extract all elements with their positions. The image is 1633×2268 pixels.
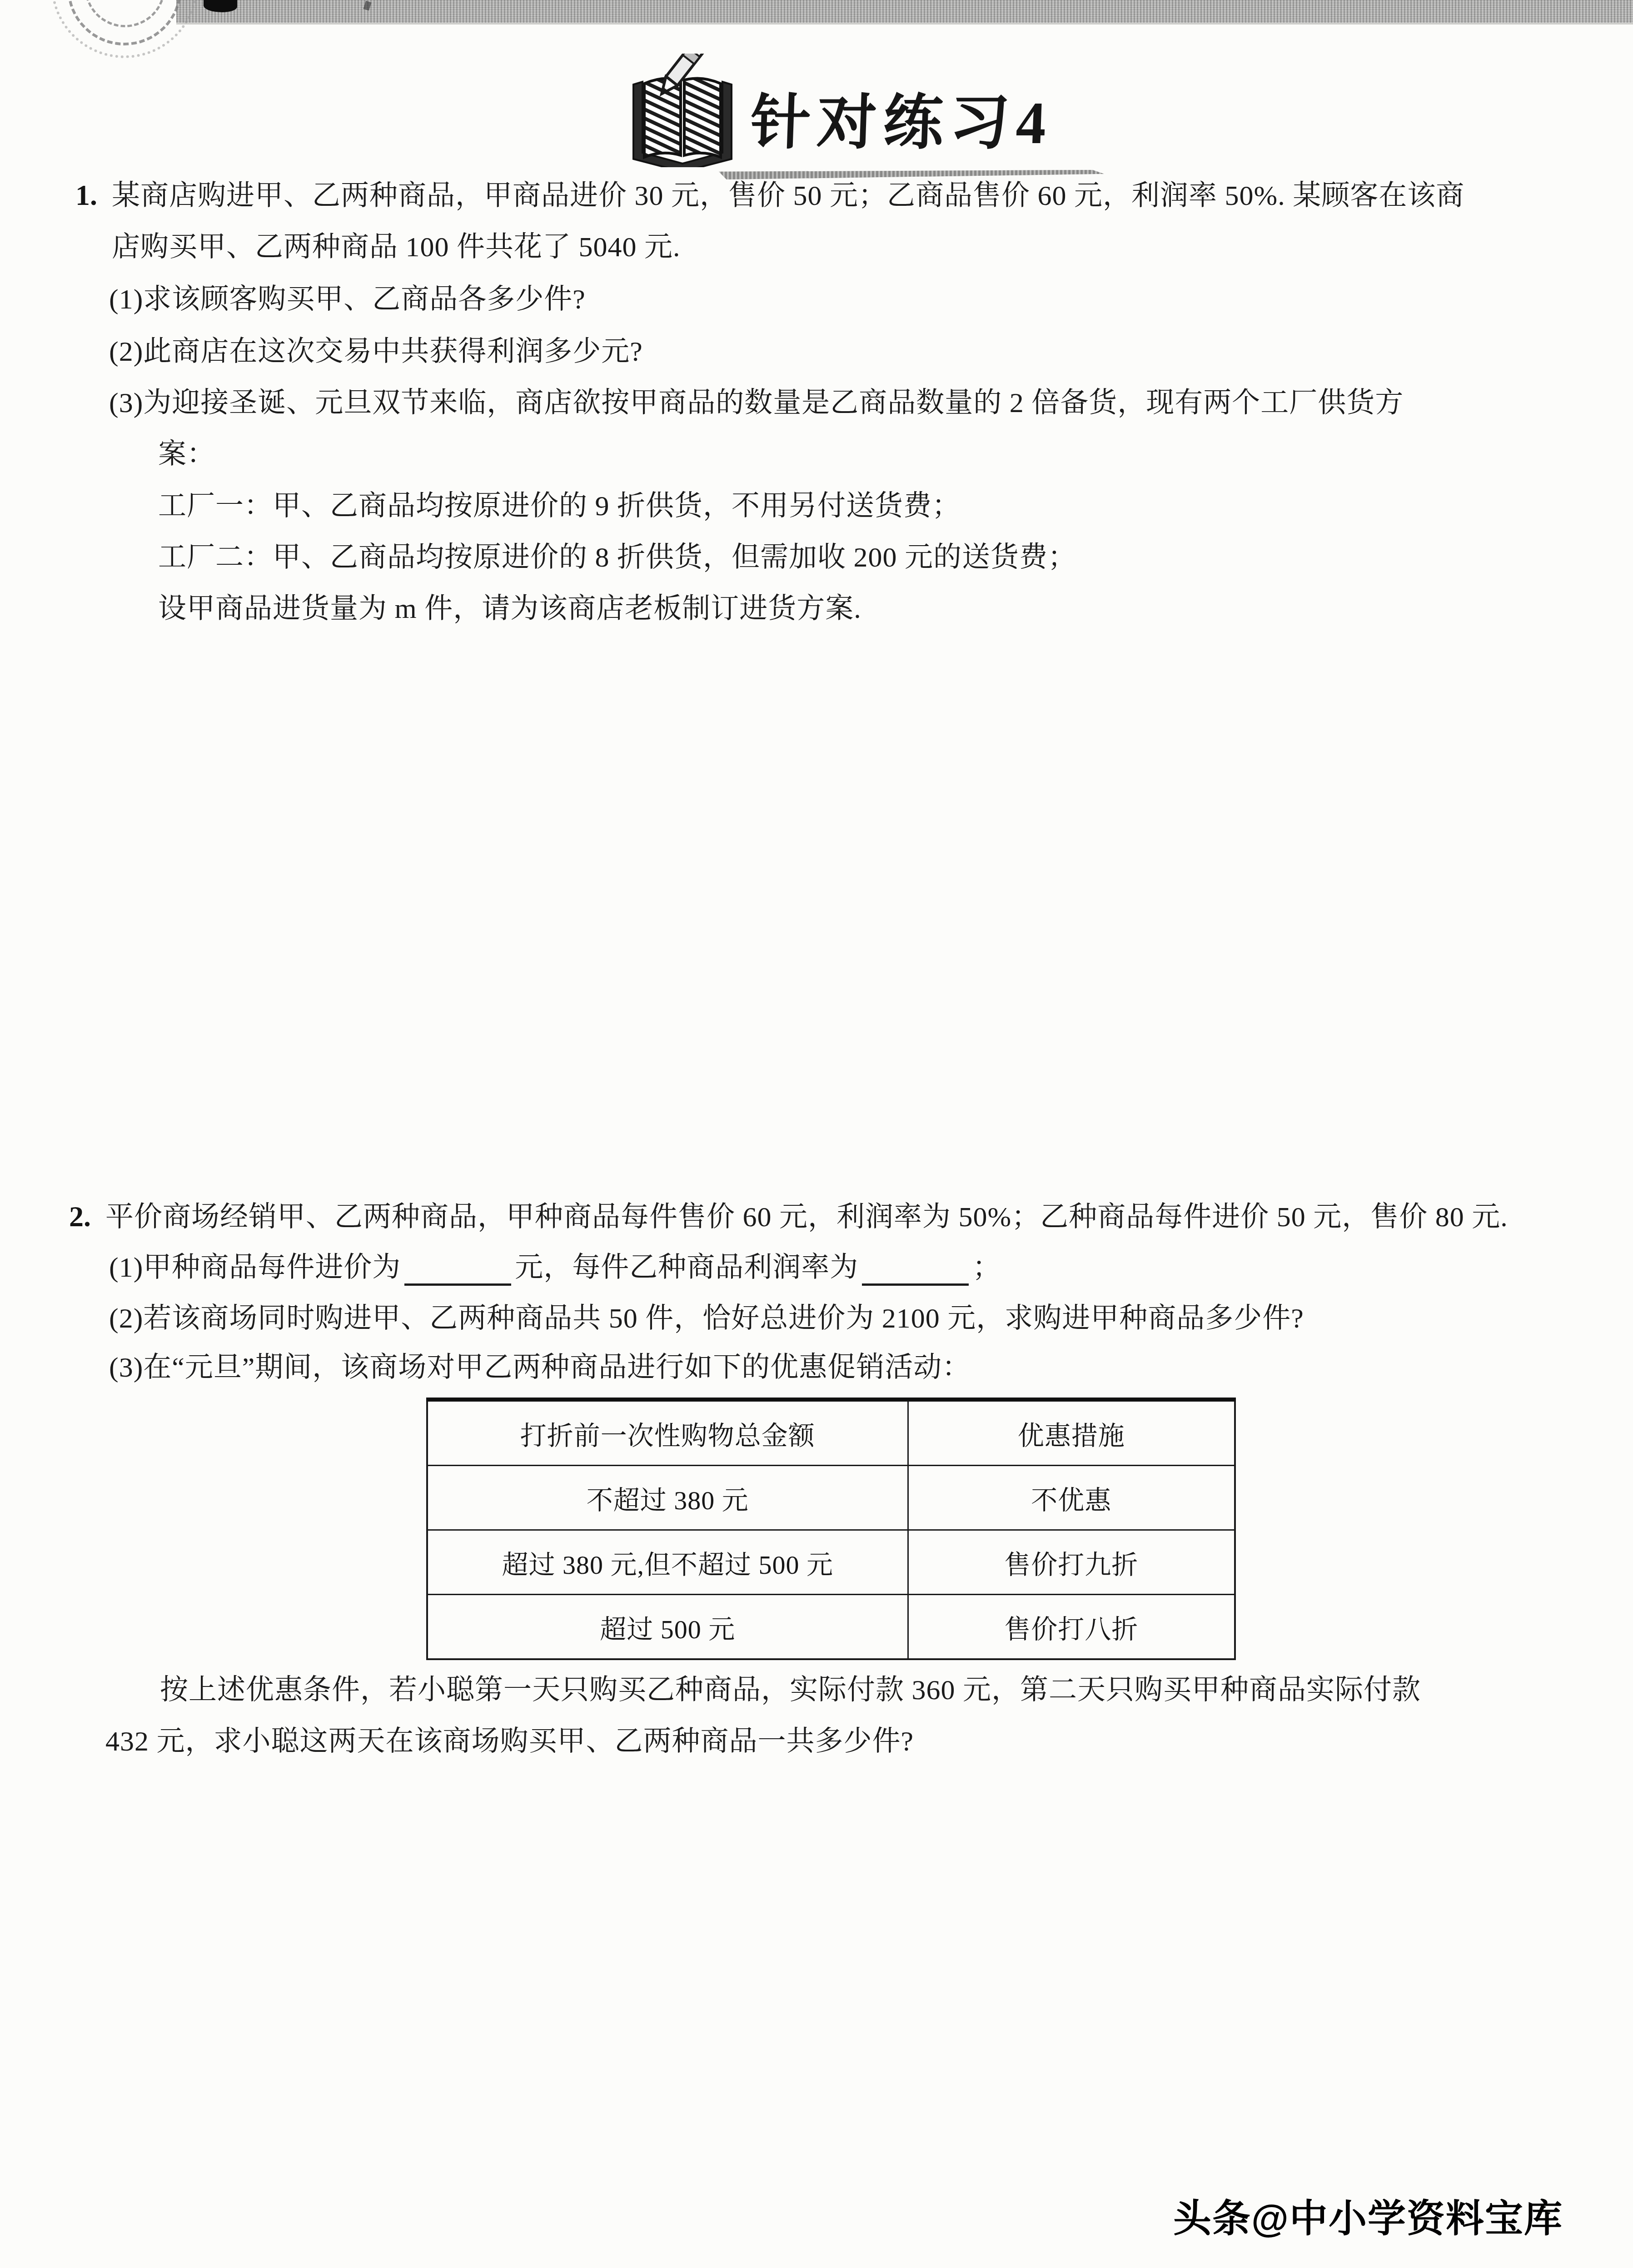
problem2-tail-line-1: 按上述优惠条件，若小聪第一天只购买乙种商品，实际付款 360 元，第二天只购买甲… <box>160 1675 1421 1706</box>
problem1-line-2: 店购买甲、乙两种商品 100 件共花了 5040 元. <box>112 232 681 263</box>
problem2-tail-line-2: 432 元，求小聪这两天在该商场购买甲、乙两种商品一共多少件? <box>105 1726 914 1757</box>
problem2-question-1: (1)甲种商品每件进价为元，每件乙种商品利润率为； <box>109 1252 1001 1286</box>
promo-row3-amount: 超过 500 元 <box>427 1595 908 1660</box>
promo-table-row-3: 超过 500 元 售价打八折 <box>427 1595 1235 1660</box>
book-pencil-icon <box>626 54 741 167</box>
problem2-question-1-text-a: (1)甲种商品每件进价为 <box>109 1252 401 1283</box>
title-underline-swoosh <box>719 170 1104 179</box>
problem2-number: 2. <box>69 1201 91 1233</box>
promo-table: 打折前一次性购物总金额 优惠措施 不超过 380 元 不优惠 超过 380 元,… <box>426 1398 1236 1660</box>
problem1-question-3-line-2: 案： <box>158 439 215 470</box>
promo-table-header-amount: 打折前一次性购物总金额 <box>427 1400 908 1466</box>
promo-table-row-1: 不超过 380 元 不优惠 <box>427 1466 1235 1530</box>
problem1-question-3-line-1: (3)为迎接圣诞、元旦双节来临，商店欲按甲商品的数量是乙商品数量的 2 倍备货，… <box>109 388 1404 419</box>
problem1-factory-1: 工厂一：甲、乙商品均按原进价的 9 折供货，不用另付送货费； <box>158 491 961 522</box>
problem2-question-3: (3)在“元旦”期间，该商场对甲乙两种商品进行如下的优惠促销活动： <box>109 1352 971 1383</box>
watermark-text: 头条@中小学资料宝库 <box>1173 2188 1563 2243</box>
problem2-line-1: 平价商场经销甲、乙两种商品，甲种商品每件售价 60 元，利润率为 50%；乙种商… <box>105 1202 1508 1233</box>
answer-blank-2 <box>862 1263 969 1286</box>
problem2-question-1-text-b: 元，每件乙种商品利润率为 <box>515 1252 858 1283</box>
promo-table-row-2: 超过 380 元,但不超过 500 元 售价打九折 <box>427 1530 1235 1595</box>
problem1-assumption: 设甲商品进货量为 m 件，请为该商店老板制订进货方案. <box>158 593 861 625</box>
promo-row3-measure: 售价打八折 <box>908 1595 1235 1660</box>
page-title: 针对练习4 <box>749 90 1053 156</box>
problem1-question-2: (2)此商店在这次交易中共获得利润多少元? <box>109 336 643 368</box>
problem2-question-1-text-c: ； <box>972 1252 1001 1283</box>
worksheet-page: 针对练习4 1. 某商店购进甲、乙两种商品，甲商品进价 30 元，售价 50 元… <box>0 0 1633 2268</box>
problem1-factory-2: 工厂二：甲、乙商品均按原进价的 8 折供货，但需加收 200 元的送货费； <box>158 542 1076 573</box>
problem1-question-1: (1)求该顾客购买甲、乙商品各多少件? <box>109 284 586 315</box>
promo-row2-amount: 超过 380 元,但不超过 500 元 <box>427 1530 908 1595</box>
promo-row1-amount: 不超过 380 元 <box>427 1466 908 1530</box>
problem2-question-2: (2)若该商场同时购进甲、乙两种商品共 50 件，恰好总进价为 2100 元，求… <box>109 1303 1304 1334</box>
promo-table-header-measure: 优惠措施 <box>908 1400 1235 1466</box>
promo-row2-measure: 售价打九折 <box>908 1530 1235 1595</box>
problem1-number: 1. <box>75 179 97 211</box>
promo-table-header-row: 打折前一次性购物总金额 优惠措施 <box>427 1400 1235 1466</box>
answer-blank-1 <box>404 1263 511 1286</box>
problem1-line-1: 某商店购进甲、乙两种商品，甲商品进价 30 元，售价 50 元；乙商品售价 60… <box>112 180 1464 212</box>
promo-row1-measure: 不优惠 <box>908 1466 1235 1530</box>
scan-artifact-band <box>176 0 1633 25</box>
